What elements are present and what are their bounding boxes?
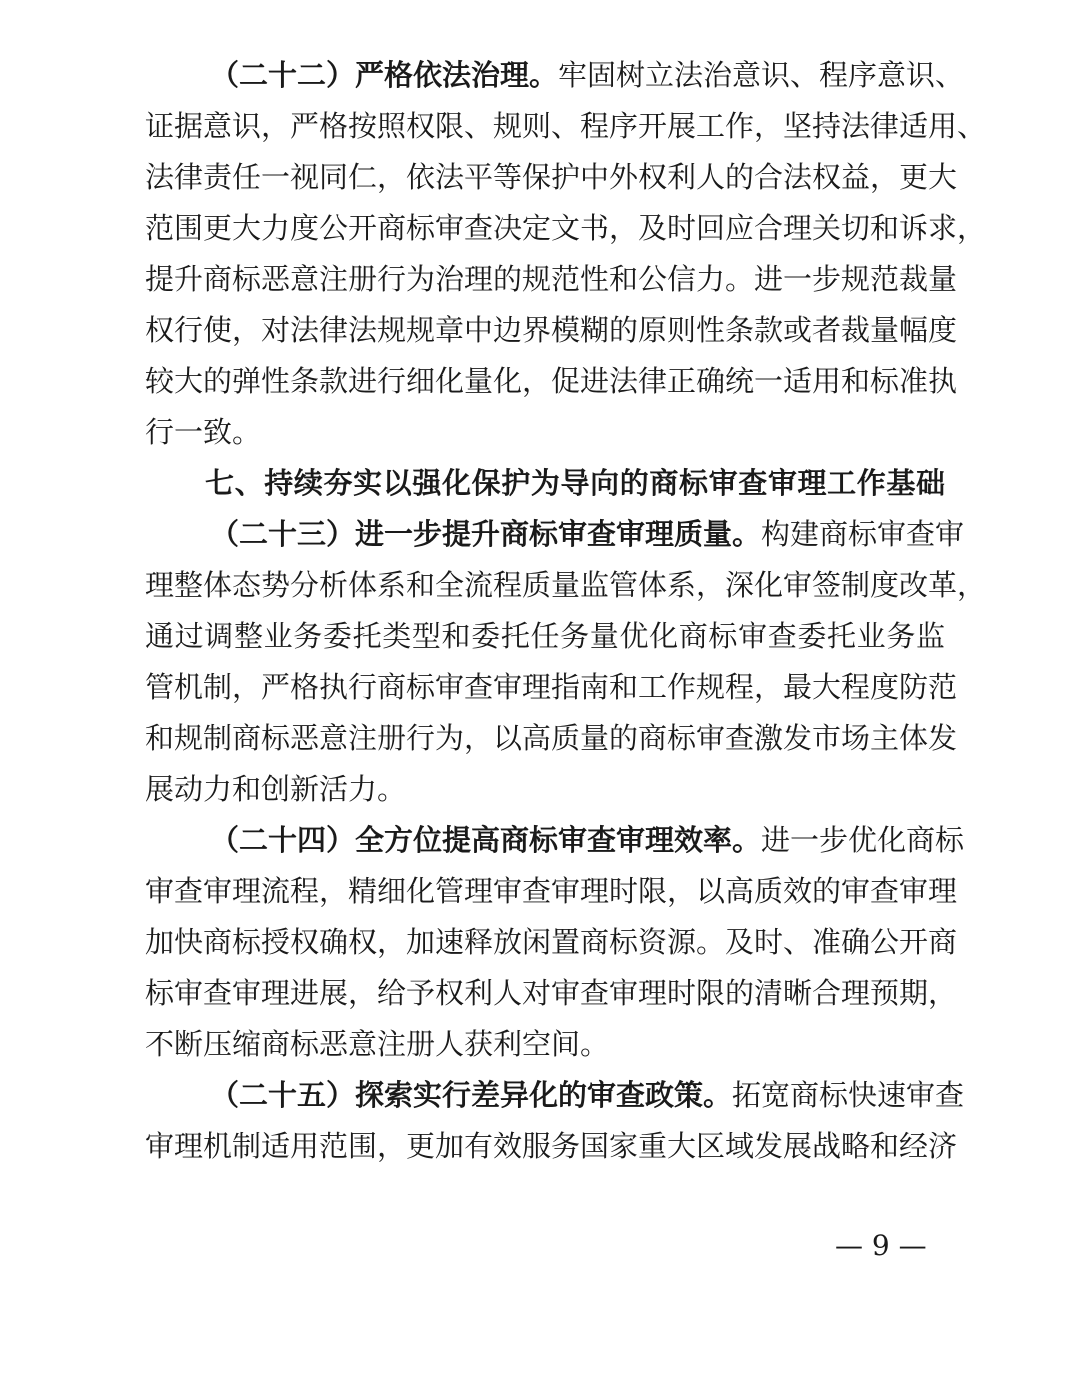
document-page: （二十二）严格依法治理。牢固树立法治意识、程序意识、 证据意识，严格按照权限、规…	[0, 0, 1080, 1377]
paragraph-23-line-2: 理整体态势分析体系和全流程质量监管体系，深化审签制度改革，	[145, 560, 945, 611]
paragraph-22-line-5: 提升商标恶意注册行为治理的规范性和公信力。进一步规范裁量	[145, 254, 945, 305]
paragraph-22-line-7: 较大的弹性条款进行细化量化，促进法律正确统一适用和标准执	[145, 356, 945, 407]
paragraph-23-line-1: （二十三）进一步提升商标审查审理质量。构建商标审查审	[210, 509, 945, 560]
paragraph-24-line-2: 审查审理流程，精细化管理审查审理时限，以高质效的审查审理	[145, 866, 945, 917]
paragraph-24-line-4: 标审查审理进展，给予权利人对审查审理时限的清晰合理预期，	[145, 968, 945, 1019]
paragraph-22-line-3: 法律责任一视同仁，依法平等保护中外权利人的合法权益，更大	[145, 152, 945, 203]
paragraph-24-title: （二十四）全方位提高商标审查审理效率。	[210, 823, 761, 857]
paragraph-23-title: （二十三）进一步提升商标审查审理质量。	[210, 517, 761, 551]
paragraph-25-line-2: 审理机制适用范围，更加有效服务国家重大区域发展战略和经济	[145, 1121, 945, 1172]
paragraph-22-line-6: 权行使，对法律法规规章中边界模糊的原则性条款或者裁量幅度	[145, 305, 945, 356]
paragraph-24-line-1: （二十四）全方位提高商标审查审理效率。进一步优化商标	[210, 815, 945, 866]
page-number: — 9 —	[835, 1228, 927, 1264]
paragraph-23-line-5: 和规制商标恶意注册行为，以高质量的商标审查激发市场主体发	[145, 713, 945, 764]
paragraph-22-line-8: 行一致。	[145, 407, 945, 458]
paragraph-22-line-2: 证据意识，严格按照权限、规则、程序开展工作，坚持法律适用、	[145, 101, 945, 152]
paragraph-22-title: （二十二）严格依法治理。	[210, 58, 558, 92]
section-heading-7: 七、持续夯实以强化保护为导向的商标审查审理工作基础	[205, 458, 945, 509]
paragraph-24-line-5: 不断压缩商标恶意注册人获利空间。	[145, 1019, 945, 1070]
paragraph-23-line-3: 通过调整业务委托类型和委托任务量优化商标审查委托业务监	[145, 611, 945, 662]
paragraph-25-line-1: （二十五）探索实行差异化的审查政策。拓宽商标快速审查	[210, 1070, 945, 1121]
paragraph-24-line-3: 加快商标授权确权，加速释放闲置商标资源。及时、准确公开商	[145, 917, 945, 968]
paragraph-22-line-1: （二十二）严格依法治理。牢固树立法治意识、程序意识、	[210, 50, 945, 101]
paragraph-23-line-4: 管机制，严格执行商标审查审理指南和工作规程，最大程度防范	[145, 662, 945, 713]
paragraph-25-title: （二十五）探索实行差异化的审查政策。	[210, 1078, 732, 1112]
paragraph-23-line-6: 展动力和创新活力。	[145, 764, 945, 815]
paragraph-22-line-4: 范围更大力度公开商标审查决定文书，及时回应合理关切和诉求，	[145, 203, 945, 254]
